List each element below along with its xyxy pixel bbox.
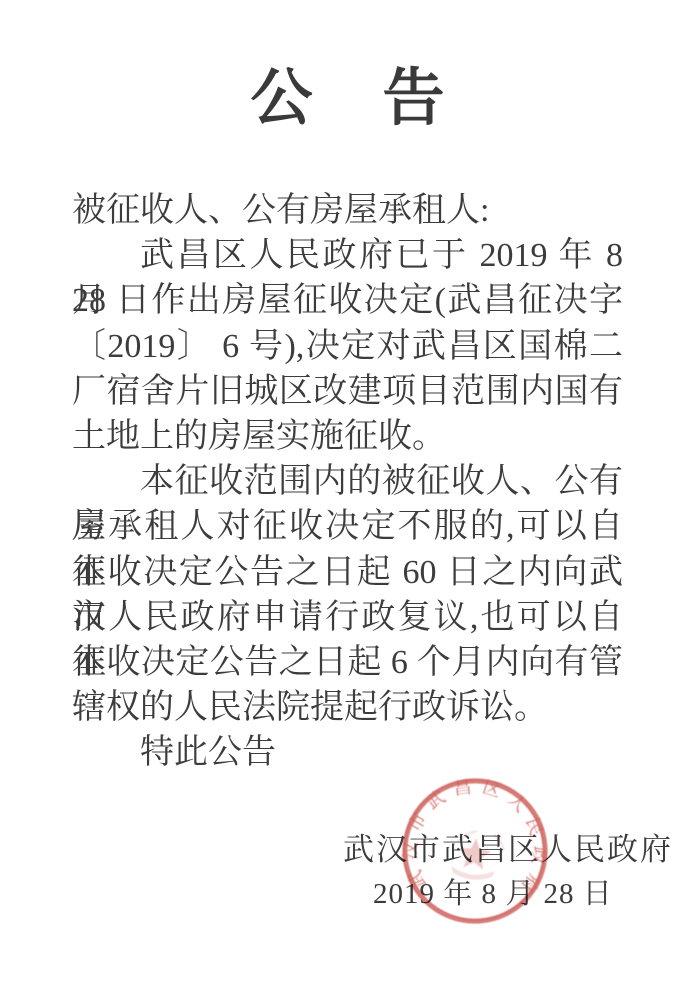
seal-arc-text: 武汉市武昌区人民政府 [396, 768, 557, 905]
closing-line: 特此公告 [72, 730, 623, 775]
body-line: 本征收范围内的被征收人、公有房 [72, 459, 623, 504]
body-line: 征收决定公告之日起 60 日之内向武汉 [72, 550, 623, 595]
notice-document: 公 告 被征收人、公有房屋承租人: 武昌区人民政府已于 2019 年 8 月 2… [0, 0, 699, 989]
official-seal: 武汉市武昌区人民政府 [388, 764, 562, 938]
body-line: 28 日作出房屋征收决定(武昌征决字 [72, 278, 623, 323]
body-line: 武昌区人民政府已于 2019 年 8 月 [72, 233, 623, 278]
body-line: 市人民政府申请行政复议,也可以自本 [72, 595, 623, 640]
body-line: 土地上的房屋实施征收。 [72, 414, 623, 459]
svg-text:武汉市武昌区人民政府: 武汉市武昌区人民政府 [396, 768, 557, 905]
body-line: 屋承租人对征收决定不服的,可以自本 [72, 504, 623, 549]
notice-title: 公 告 [0, 48, 699, 137]
notice-body: 被征收人、公有房屋承租人: 武昌区人民政府已于 2019 年 8 月 28 日作… [72, 188, 623, 775]
body-line: 辖权的人民法院提起行政诉讼。 [72, 685, 623, 730]
body-line: 〔2019〕 6 号),决定对武昌区国棉二 [72, 324, 623, 369]
salutation-line: 被征收人、公有房屋承租人: [72, 188, 623, 233]
body-line: 厂宿舍片旧城区改建项目范围内国有 [72, 369, 623, 414]
national-emblem-star-icon [450, 829, 505, 882]
body-line: 征收决定公告之日起 6 个月内向有管 [72, 640, 623, 685]
